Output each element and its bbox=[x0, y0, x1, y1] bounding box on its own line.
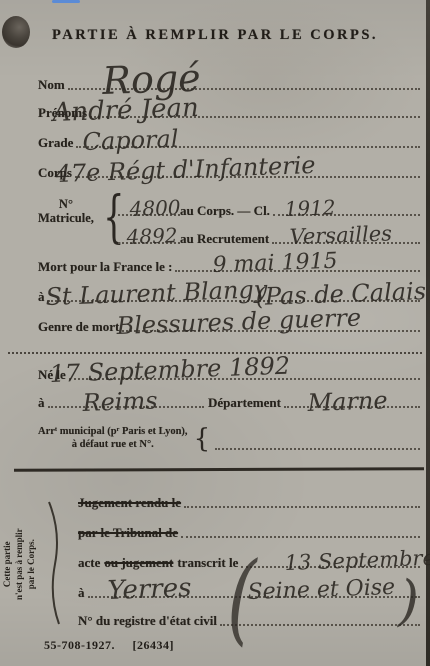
matricule-num-corps: 4800 bbox=[129, 197, 181, 219]
acte-label-struck: ou jugement bbox=[104, 556, 173, 570]
matricule-recrutement-row: au Recrutement 4892 Versailles bbox=[115, 230, 420, 246]
field-nom: Nom Rogé bbox=[38, 76, 420, 92]
field-corps: Corps 47e Régt d'Infanterie bbox=[38, 164, 420, 180]
departement-value: Marne bbox=[307, 388, 388, 415]
ne-a-label: à bbox=[38, 396, 45, 410]
field-arrondissement: Arrᵗ municipal (pʳ Paris et Lyon), à déf… bbox=[38, 424, 420, 452]
matricule-classe: 1912 bbox=[284, 197, 336, 219]
acte-lieu-value: Yerres bbox=[107, 575, 192, 604]
grade-label: Grade bbox=[38, 136, 73, 150]
section-separator-solid bbox=[14, 467, 424, 471]
matricule-label-line1: N° bbox=[38, 198, 94, 212]
registre-label: N° du registre d'état civil bbox=[78, 614, 217, 628]
print-reference: 55-708-1927. [26434] bbox=[44, 638, 188, 653]
matricule-label-line2: Matricule, bbox=[38, 212, 94, 226]
field-tribunal: par le Tribunal de bbox=[78, 524, 420, 540]
mort-lieu-label: à bbox=[38, 290, 45, 304]
tribunal-label: par le Tribunal de bbox=[78, 526, 178, 540]
field-genre-mort: Genre de mort Blessures de guerre bbox=[38, 318, 420, 334]
ne-le-value: 17 Septembre 1892 bbox=[49, 354, 290, 386]
matricule-corps-text: au Corps. — Cl. bbox=[180, 204, 270, 218]
print-code: 55-708-1927. bbox=[44, 638, 115, 652]
handwritten-open-paren: ( bbox=[226, 547, 257, 649]
mort-le-label: Mort pour la France le : bbox=[38, 260, 172, 274]
corps-value: 47e Régt d'Infanterie bbox=[55, 153, 316, 186]
field-ne-le: Né le 17 Septembre 1892 bbox=[38, 366, 420, 382]
matricule-label: N° Matricule, bbox=[38, 198, 94, 226]
card-title: PARTIE À REMPLIR PAR LE CORPS. bbox=[0, 26, 430, 44]
genre-mort-label: Genre de mort bbox=[38, 320, 119, 334]
prenoms-value: André Jean bbox=[52, 95, 199, 126]
genre-mort-value: Blessures de guerre bbox=[116, 305, 361, 338]
acte-lieu-dept: Seine et Oise bbox=[247, 577, 395, 604]
field-grade: Grade Caporal bbox=[38, 134, 420, 150]
acte-lieu-label: à bbox=[78, 586, 85, 600]
acte-label-pre: acte bbox=[78, 556, 100, 570]
field-ne-a: à Département Reims Marne bbox=[38, 394, 420, 410]
side-note-brace bbox=[46, 500, 62, 631]
blue-edge-mark bbox=[52, 0, 80, 3]
arrondissement-label: Arrᵗ municipal (pʳ Paris et Lyon), à déf… bbox=[38, 425, 188, 452]
matricule-recrutement-place: Versailles bbox=[289, 223, 392, 248]
jugement-label: Jugement rendu le bbox=[78, 496, 181, 510]
departement-label: Département bbox=[208, 396, 281, 410]
death-record-card: PARTIE À REMPLIR PAR LE CORPS. Nom Rogé … bbox=[0, 0, 430, 666]
arrondissement-line bbox=[215, 448, 420, 450]
ne-a-value: Reims bbox=[82, 388, 158, 415]
field-prenoms: Prénoms André Jean bbox=[38, 104, 420, 120]
side-note-brace-curve bbox=[46, 500, 62, 626]
handwritten-close-paren: ) bbox=[398, 574, 419, 628]
card-title-text: PARTIE À REMPLIR PAR LE CORPS. bbox=[52, 27, 378, 43]
jugement-line bbox=[184, 506, 420, 508]
grade-value: Caporal bbox=[82, 127, 179, 154]
side-note-vertical: Cette partie n'est pas à remplir par le … bbox=[1, 508, 37, 620]
matricule-num-recrutement: 4892 bbox=[126, 225, 178, 247]
mort-le-value: 9 mai 1915 bbox=[212, 251, 338, 277]
field-mort-le: Mort pour la France le : 9 mai 1915 bbox=[38, 258, 420, 274]
mort-lieu-value: St Laurent Blangy bbox=[45, 277, 268, 309]
arrondissement-brace: { bbox=[194, 426, 211, 452]
matricule-recrutement-text: au Recrutement bbox=[180, 232, 269, 246]
tribunal-line bbox=[181, 536, 420, 538]
print-ref-number: [26434] bbox=[133, 638, 175, 652]
matricule-corps-row: au Corps. — Cl. 4800 1912 bbox=[115, 202, 420, 218]
field-mort-lieu: à St Laurent Blangy (Pas de Calais bbox=[38, 288, 420, 304]
field-jugement: Jugement rendu le bbox=[78, 494, 420, 510]
nom-label: Nom bbox=[38, 78, 65, 92]
